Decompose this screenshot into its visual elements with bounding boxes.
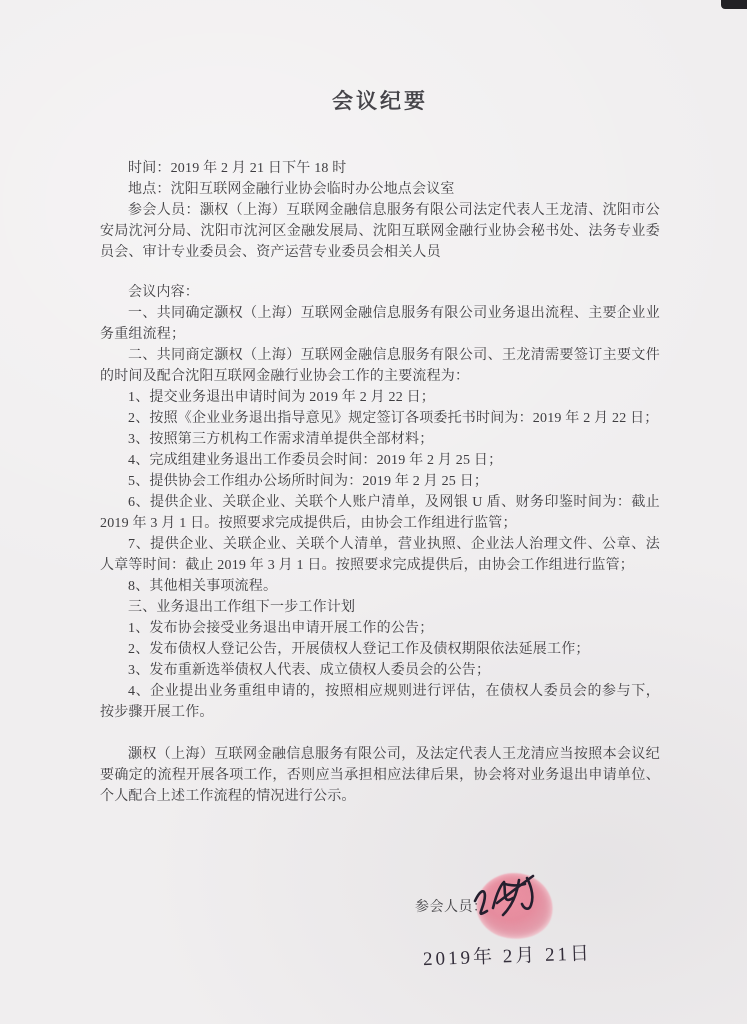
scanned-document-page: 会议纪要 时间：2019 年 2 月 21 日下午 18 时 地点：沈阳互联网金… — [0, 0, 747, 1024]
meta-time: 时间：2019 年 2 月 21 日下午 18 时 — [100, 158, 660, 179]
content-paragraph: 二、共同商定灏权（上海）互联网金融信息服务有限公司、王龙清需要签订主要文件的时间… — [100, 345, 660, 387]
content-paragraph: 一、共同确定灏权（上海）互联网金融信息服务有限公司业务退出流程、主要企业业务重组… — [100, 303, 660, 345]
closing-paragraph: 灏权（上海）互联网金融信息服务有限公司，及法定代表人王龙清应当按照本会议纪要确定… — [100, 744, 660, 807]
handwritten-date: 2019年 2月 21日 — [423, 941, 661, 970]
content-heading: 会议内容： — [100, 282, 660, 303]
meta-location: 地点：沈阳互联网金融行业协会临时办公地点会议室 — [100, 179, 660, 200]
content-paragraph: 7、提供企业、关联企业、关联个人清单，营业执照、企业法人治理文件、公章、法人章等… — [100, 534, 660, 576]
content-paragraph: 6、提供企业、关联企业、关联个人账户清单，及网银 U 盾、财务印鉴时间为：截止 … — [100, 492, 660, 534]
document-title: 会议纪要 — [100, 88, 660, 116]
content-paragraph: 2、发布债权人登记公告，开展债权人登记工作及债权期限依法延展工作； — [100, 639, 660, 660]
content-paragraph: 三、业务退出工作组下一步工作计划 — [100, 597, 660, 618]
content-paragraph: 3、发布重新选举债权人代表、成立债权人委员会的公告； — [100, 660, 660, 681]
scan-corner-artifact — [721, 0, 747, 9]
meta-attendees: 参会人员：灏权（上海）互联网金融信息服务有限公司法定代表人王龙清、沈阳市公安局沈… — [100, 200, 660, 263]
handwritten-signature — [467, 871, 567, 931]
content-paragraph: 4、企业提出业务重组申请的，按照相应规则进行评估，在债权人委员会的参与下，按步骤… — [100, 681, 660, 723]
content-paragraph: 8、其他相关事项流程。 — [100, 576, 660, 597]
content-paragraph: 1、发布协会接受业务退出申请开展工作的公告； — [100, 618, 660, 639]
content-paragraph: 4、完成组建业务退出工作委员会时间：2019 年 2 月 25 日； — [100, 450, 660, 471]
content-paragraph: 3、按照第三方机构工作需求清单提供全部材料； — [100, 429, 660, 450]
signature-row: 参会人员： — [415, 897, 660, 918]
content-paragraph: 5、提供协会工作组办公场所时间为：2019 年 2 月 25 日； — [100, 471, 660, 492]
content-paragraph: 2、按照《企业业务退出指导意见》规定签订各项委托书时间为：2019 年 2 月 … — [100, 408, 660, 429]
signature-area — [473, 897, 583, 918]
content-paragraph: 1、提交业务退出申请时间为 2019 年 2 月 22 日； — [100, 387, 660, 408]
document-body: 会议纪要 时间：2019 年 2 月 21 日下午 18 时 地点：沈阳互联网金… — [100, 88, 660, 966]
